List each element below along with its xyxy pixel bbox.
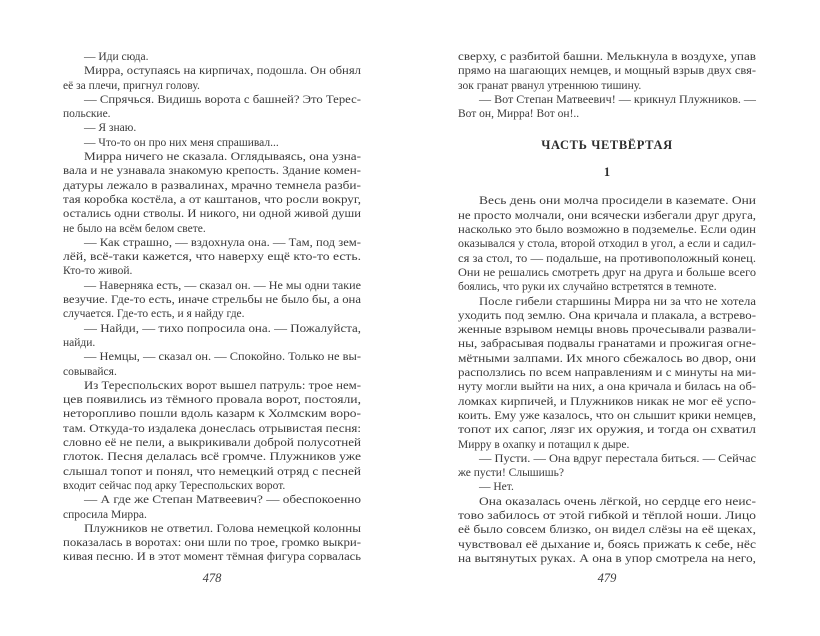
text-line: тово забилось от этой гибкой и тёплой но… (458, 509, 756, 523)
text-line: глоток. Песня делалась всё громче. Плужн… (63, 450, 361, 464)
text-line: ся за стол, то — подальше, на противопол… (458, 252, 756, 266)
text-line: Вот он, Мирра! Вот он!.. (458, 107, 756, 121)
text-line: — Я знаю. (63, 121, 361, 135)
page-right-number: 479 (458, 571, 756, 586)
text-line: После гибели старшины Мирра ни за что не… (458, 295, 756, 309)
text-line: Она оказалась очень лёгкой, но сердце ег… (458, 495, 756, 509)
text-line: же пусти! Слышишь? (458, 466, 756, 480)
text-line: — Найди, — тихо попросила она. — Пожалуй… (63, 322, 361, 336)
text-line: уходить под землю. Она кричала и плакала… (458, 309, 756, 323)
text-line: Из Тереспольских ворот вышел патруль: тр… (63, 379, 361, 393)
page-left: — Иди сюда.Мирра, оступаясь на кирпичах,… (63, 0, 361, 636)
text-line: — Пусти. — Она вдруг перестала биться. —… (458, 452, 756, 466)
text-line: — Иди сюда. (63, 50, 361, 64)
text-line: Плужников не ответил. Голова немецкой ко… (63, 522, 361, 536)
text-line: — А где же Степан Матвеевич? — обеспокое… (63, 493, 361, 507)
page-left-number: 478 (63, 571, 361, 586)
text-line: — Нет. (458, 480, 756, 494)
text-line: — Что-то он про них меня спрашивал... (63, 136, 361, 150)
page-left-text: — Иди сюда.Мирра, оступаясь на кирпичах,… (63, 50, 361, 565)
text-line: вала и не узнавала знакомую крепость. Зд… (63, 164, 361, 178)
text-line: чувствовал её дыхание и, боясь прижать к… (458, 538, 756, 552)
text-line: Кто-то живой. (63, 264, 361, 278)
text-line: — Немцы, — сказал он. — Спокойно. Только… (63, 350, 361, 364)
text-line: на вытянутых руках. А она в упор смотрел… (458, 552, 756, 566)
text-line: Мирру в охапку и потащил к дыре. (458, 438, 756, 452)
text-line: цев появились из тёмного провала ворот, … (63, 393, 361, 407)
page-right: сверху, с разбитой башни. Мелькнула в во… (458, 0, 756, 636)
text-line: везучие. Где-то есть, иначе стрельбы не … (63, 293, 361, 307)
text-line: — Наверняка есть, — сказал он. — Не мы о… (63, 279, 361, 293)
text-line: сверху, с разбитой башни. Мелькнула в во… (458, 50, 756, 64)
text-line: датуры лежало в развалинах, мрачно темне… (63, 179, 361, 193)
text-line: Они не решались смотреть друг на друга и… (458, 266, 756, 280)
text-line: Весь день они молча просидели в каземате… (458, 194, 756, 208)
text-line: кивая песню. И в этот момент тёмная фигу… (63, 550, 361, 564)
text-line: входит сейчас под арку Тереспольских вор… (63, 479, 361, 493)
text-line: не было на всём белом свете. (63, 222, 361, 236)
text-line: — Вот Степан Матвеевич! — крикнул Плужни… (458, 93, 756, 107)
text-line: коить. Ему уже казалось, что он слышит к… (458, 409, 756, 423)
text-line: женные взрывом немцы вновь прочесывали р… (458, 323, 756, 337)
text-line: зок гранат рванул утреннюю тишину. (458, 79, 756, 93)
text-line: Мирра, оступаясь на кирпичах, подошла. О… (63, 64, 361, 78)
text-line: — Как страшно, — вздохнула она. — Там, п… (63, 236, 361, 250)
text-line: ны, забрасывая подвалы гранатами и прожи… (458, 337, 756, 351)
text-line: мётными залпами. Их много сбежалось во д… (458, 352, 756, 366)
text-line: там. Откуда-то издалека донеслась отрыви… (63, 422, 361, 436)
text-line: оказывался у стола, второй отходил в уго… (458, 237, 756, 251)
chapter-number: 1 (458, 165, 756, 179)
page-right-text-body: Весь день они молча просидели в каземате… (458, 194, 756, 566)
text-line: расползлись по всем направлениям и с мин… (458, 366, 756, 380)
text-line: её за плечи, пригнул голову. (63, 79, 361, 93)
text-line: топот их сапог, лязг их оружия, и тогда … (458, 423, 756, 437)
text-line: найди. (63, 336, 361, 350)
text-line: остались одни стволы. И никого, ни одной… (63, 207, 361, 221)
text-line: — Спрячься. Видишь ворота с башней? Это … (63, 93, 361, 107)
text-line: ломках кирпичей, и Плужников никак не мо… (458, 395, 756, 409)
text-line: насколько это было возможно в подземелье… (458, 223, 756, 237)
text-line: словно её не пели, а выкрикивали доброй … (63, 436, 361, 450)
text-line: спросила Мирра. (63, 508, 361, 522)
book-spread: — Иди сюда.Мирра, оступаясь на кирпичах,… (0, 0, 820, 636)
text-line: случается. Где-то есть, и я найду где. (63, 307, 361, 321)
text-line: боялись, что руки их случайно встретятся… (458, 280, 756, 294)
text-line: тая коробка костёла, а от каштанов, что … (63, 193, 361, 207)
part-heading: ЧАСТЬ ЧЕТВЁРТАЯ (458, 138, 756, 152)
text-line: лёй, всё-таки кажется, что наверху ещё к… (63, 250, 361, 264)
text-line: её было совсем близко, он видел слёзы на… (458, 523, 756, 537)
text-line: совывайся. (63, 365, 361, 379)
page-right-text-top: сверху, с разбитой башни. Мелькнула в во… (458, 50, 756, 121)
text-line: показалась в воротах: они шли по трое, г… (63, 536, 361, 550)
text-line: не просто молчали, они всячески избегали… (458, 209, 756, 223)
text-line: Мирра ничего не сказала. Оглядываясь, он… (63, 150, 361, 164)
text-line: прямо на шагающих немцев, и мощный взрыв… (458, 64, 756, 78)
text-line: слышал топот и понял, что немецкий отряд… (63, 465, 361, 479)
text-line: польские. (63, 107, 361, 121)
text-line: неторопливо пошли вдоль казарм к Холмски… (63, 407, 361, 421)
text-line: нуту могли выйти на них, а она кричала и… (458, 380, 756, 394)
